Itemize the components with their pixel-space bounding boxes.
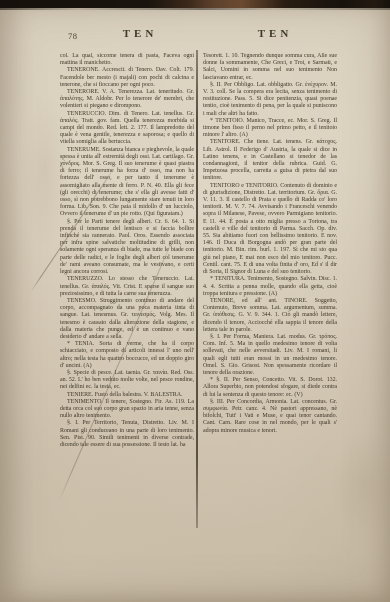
page-number: 78: [68, 31, 78, 41]
running-head-right: TEN: [230, 28, 320, 40]
entry-tenore-sub2: * §. II. Per Senso, Concetto. Vit. S. Do…: [203, 377, 337, 399]
scan-edge-shadow: [0, 8, 390, 10]
entry-tenore-sub1: §. I. Per Forma, Maniera. Lat. modus. Gr…: [203, 334, 337, 377]
entry-continuation: col. La qual, siccome tenera di pasta, F…: [60, 53, 194, 67]
entry-tenerume: TENERUME. Sostanza bianca e pieghevole, …: [60, 147, 194, 219]
paper-stain: [330, 430, 390, 540]
entry-teneruzzo: TENERUZZO. Lo stesso che Teneruccio. Lat…: [60, 276, 194, 298]
column-divider-rule: [196, 50, 198, 528]
entry-tenitura: * TENITURA. Tenimento, Sostegno. Salvin.…: [203, 276, 337, 298]
entry-tenerore: TENERORE. V. A. Tenerezza. Lat. teneritu…: [60, 89, 194, 111]
entry-tenimento-sub2: §. II. Per Obbligo. Lat. obbligatio. Gr.…: [203, 82, 337, 118]
entry-tenitoio: * TENITOIO. Manico, Tracce, ec. Mor. S. …: [203, 118, 337, 140]
entry-tenesmo: TENESMO. Struggimento continuo di andare…: [60, 298, 194, 341]
entry-tenore: TENORE, ed all' ant. TINORE. Soggetto, C…: [203, 298, 337, 334]
left-column: col. La qual, siccome tenera di pasta, F…: [60, 53, 194, 449]
entry-tenerume-sub: §. Per le Parti tenere degli alberi. Cr.…: [60, 219, 194, 277]
entry-tenerone: TENERONE. Accrescit. di Tenero. Dav. Col…: [60, 67, 194, 89]
entry-teneruccio: TENERUCCIO. Dim. di Tenero. Lat. tenellu…: [60, 111, 194, 147]
entry-tenore-sub3: §. III. Per Concordia, Armonia. Lat. con…: [203, 399, 337, 435]
entry-tenimento-quote: Tesorett. 1. 10. Tegnendo dunque somma c…: [203, 53, 337, 82]
entry-teniere: TENIERE. Fusto della balestra. V. BALEST…: [60, 392, 194, 399]
entry-tenia-sub: §. Specie di pesce. Lat. taenia. Gr. ται…: [60, 370, 194, 392]
entry-tenitore: TENITORE. Che tiene. Lat. tenens. Gr. κά…: [203, 139, 337, 182]
right-column: Tesorett. 1. 10. Tegnendo dunque somma c…: [203, 53, 337, 435]
scanned-book-page: 78 TEN TEN col. La qual, siccome tenera …: [0, 0, 390, 602]
entry-tenitorio: TENITORO e TENITORIO. Contenuto di domin…: [203, 183, 337, 277]
running-head-left: TEN: [95, 28, 185, 40]
entry-tenimento: TENIMENTO. Il tenere, Sostegno. Fir. As.…: [60, 399, 194, 421]
scan-edge-top: [0, 0, 390, 8]
entry-tenimento-sub1: §. I. Per Territorio, Tenuta, Distretto.…: [60, 420, 194, 449]
